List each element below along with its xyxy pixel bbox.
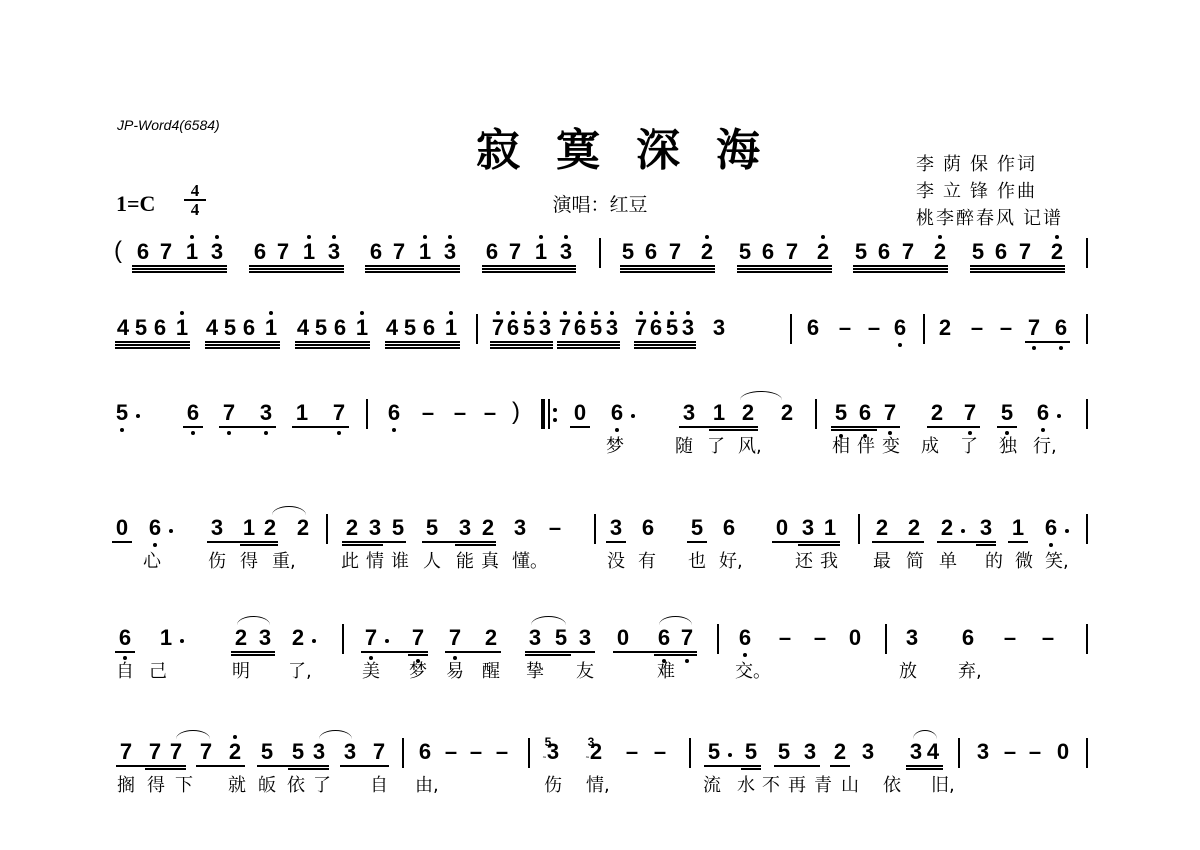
beam-underline <box>1025 341 1070 343</box>
note: 7 <box>506 240 524 264</box>
beam-underline <box>455 541 496 543</box>
low-octave-dot <box>888 431 892 435</box>
parenthesis: ( <box>114 238 122 264</box>
lyric-syllable: 依 <box>286 776 306 796</box>
note: 5 <box>852 240 870 264</box>
low-octave-dot <box>153 543 157 547</box>
low-octave-dot <box>743 653 747 657</box>
note: 2 <box>294 516 312 540</box>
beam-underline <box>115 651 135 653</box>
lyric-syllable: 自 <box>115 662 135 682</box>
note: 6 <box>146 516 164 540</box>
beam-underline <box>970 265 1065 267</box>
note: 6 <box>642 240 660 264</box>
note: 3 <box>607 516 625 540</box>
note: 6 <box>875 240 893 264</box>
note: 5 <box>552 626 570 650</box>
low-octave-dot <box>1032 346 1036 350</box>
barline <box>717 624 719 654</box>
lyric-syllable: 行, <box>1033 437 1053 457</box>
high-octave-dot <box>448 235 452 239</box>
note: 3 <box>511 516 529 540</box>
lyric-syllable: 好, <box>719 552 739 572</box>
note: 0 <box>571 401 589 425</box>
note: 6 <box>184 401 202 425</box>
beam-underline <box>445 651 501 653</box>
note: 3 <box>799 516 817 540</box>
low-octave-dot <box>264 431 268 435</box>
note: 7 <box>783 240 801 264</box>
beam-underline <box>231 651 275 653</box>
lyric-syllable: 能 <box>455 552 475 572</box>
low-octave-dot <box>615 428 619 432</box>
note: 3 <box>679 316 697 340</box>
beam-underline <box>482 271 576 273</box>
beam-underline <box>634 344 696 346</box>
key-signature: 1=C <box>116 191 155 217</box>
note: 5 <box>832 401 850 425</box>
lyric-syllable: 己 <box>148 662 168 682</box>
beam-underline <box>927 426 980 428</box>
dash-sustain: – <box>442 740 460 764</box>
note: 0 <box>846 626 864 650</box>
lyric-syllable: 梦 <box>605 437 625 457</box>
note: 6 <box>116 626 134 650</box>
note: 1 <box>240 516 258 540</box>
beam-underline <box>976 541 996 543</box>
note: 7 <box>678 626 696 650</box>
note: 6 <box>385 401 403 425</box>
lyric-syllable: 的 <box>984 552 1004 572</box>
note: 7 <box>370 740 388 764</box>
lyric-syllable: 旧, <box>931 776 951 796</box>
note: 5 <box>312 316 330 340</box>
note: 3 <box>603 316 621 340</box>
lyric-syllable: 人 <box>422 552 442 572</box>
low-octave-dot <box>1041 428 1045 432</box>
beam-underline <box>132 271 227 273</box>
dash-sustain: – <box>493 740 511 764</box>
beam-underline <box>872 541 924 543</box>
lyric-syllable: 挚 <box>525 662 545 682</box>
note: 6 <box>416 740 434 764</box>
note: 6 <box>608 401 626 425</box>
note: 6 <box>639 516 657 540</box>
lyric-syllable: 简 <box>905 552 925 572</box>
lyric-syllable: 依 <box>882 776 902 796</box>
high-octave-dot <box>269 311 273 315</box>
note: 6 <box>856 401 874 425</box>
augmentation-dot <box>961 529 965 533</box>
beam-underline <box>606 541 626 543</box>
lyric-syllable: 了 <box>959 437 979 457</box>
slur-tie <box>237 616 270 625</box>
beam-underline <box>997 426 1017 428</box>
barline <box>594 514 596 544</box>
lyric-syllable: 没 <box>606 552 626 572</box>
note: 6 <box>759 240 777 264</box>
beam-underline <box>249 268 344 270</box>
slur-tie <box>913 730 937 739</box>
note: 2 <box>226 740 244 764</box>
lyric-syllable: 真 <box>480 552 500 572</box>
dash-sustain: – <box>968 316 986 340</box>
lyric-syllable: 自 <box>369 776 389 796</box>
lyric-syllable: 水 <box>736 776 756 796</box>
note: 6 <box>736 626 754 650</box>
beam-underline <box>741 768 761 770</box>
note: 6 <box>655 626 673 650</box>
beam-underline <box>490 344 553 346</box>
note: 6 <box>240 316 258 340</box>
beam-underline <box>482 268 576 270</box>
lyric-syllable: 由, <box>415 776 435 796</box>
note: 6 <box>804 316 822 340</box>
lyricist-credit: 李 荫 保 作词 <box>916 150 1037 176</box>
lyric-syllable: 明 <box>231 662 251 682</box>
beam-underline <box>385 347 460 349</box>
barline <box>1086 314 1088 344</box>
beam-underline <box>741 765 761 767</box>
note: 2 <box>343 516 361 540</box>
beam-underline <box>408 651 428 653</box>
beam-underline <box>249 265 344 267</box>
note: 4 <box>294 316 312 340</box>
beam-underline <box>798 544 840 546</box>
low-octave-dot <box>191 431 195 435</box>
note: 5 <box>998 401 1016 425</box>
high-octave-dot <box>496 311 500 315</box>
repeat-dot <box>553 418 557 422</box>
note: 7 <box>167 740 185 764</box>
barline <box>885 624 887 654</box>
lyric-syllable: 青 <box>813 776 833 796</box>
lyric-syllable: 我 <box>819 552 839 572</box>
note: 1 <box>157 626 175 650</box>
high-octave-dot <box>938 235 942 239</box>
dash-sustain: – <box>811 626 829 650</box>
note: 3 <box>859 740 877 764</box>
dash-sustain: – <box>776 626 794 650</box>
note: 3 <box>977 516 995 540</box>
high-octave-dot <box>233 735 237 739</box>
note: 1 <box>1009 516 1027 540</box>
note: 1 <box>262 316 280 340</box>
note: 5 <box>688 516 706 540</box>
note: 4 <box>383 316 401 340</box>
barline <box>1086 238 1088 268</box>
note: 2 <box>931 240 949 264</box>
note: 7 <box>330 401 348 425</box>
lyric-syllable: 了 <box>706 437 726 457</box>
lyric-syllable: 也 <box>687 552 707 572</box>
note: 1 <box>710 401 728 425</box>
augmentation-dot <box>180 639 184 643</box>
beam-underline <box>737 271 832 273</box>
note: 7 <box>157 240 175 264</box>
beam-underline <box>709 429 758 431</box>
note: 1 <box>821 516 839 540</box>
note: 2 <box>814 240 832 264</box>
high-octave-dot <box>686 311 690 315</box>
low-octave-dot <box>685 659 689 663</box>
lyric-syllable: 不 <box>761 776 781 796</box>
grace-note: 5 <box>543 736 553 748</box>
lyric-syllable: 风, <box>738 437 758 457</box>
note: 6 <box>992 240 1010 264</box>
slur-tie <box>319 730 352 739</box>
note: 6 <box>251 240 269 264</box>
note: 5 <box>423 516 441 540</box>
augmentation-dot <box>631 414 635 418</box>
lyric-syllable: 难 <box>656 662 676 682</box>
lyric-syllable: 交。 <box>735 662 755 682</box>
beam-underline <box>340 765 389 767</box>
beam-underline <box>906 768 943 770</box>
lyric-syllable: 单 <box>938 552 958 572</box>
lyric-syllable: 谁 <box>390 552 410 572</box>
beam-underline <box>634 347 696 349</box>
beam-underline <box>557 347 620 349</box>
dash-sustain: – <box>865 316 883 340</box>
note: 3 <box>801 740 819 764</box>
high-octave-dot <box>307 235 311 239</box>
lyric-syllable: 伤 <box>543 776 563 796</box>
note: 3 <box>974 740 992 764</box>
note: 5 <box>742 740 760 764</box>
note: 0 <box>1054 740 1072 764</box>
parenthesis: ) <box>512 399 520 425</box>
beam-underline <box>798 541 840 543</box>
beam-underline <box>654 651 697 653</box>
note: 5 <box>969 240 987 264</box>
note: 1 <box>183 240 201 264</box>
grace-slash: ˷ <box>586 749 589 758</box>
note: 4 <box>114 316 132 340</box>
lyric-syllable: 醒 <box>481 662 501 682</box>
score-page: JP-Word4(6584) 寂寞深海 演唱：红豆 李 荫 保 作词 李 立 锋… <box>0 0 1200 850</box>
beam-underline <box>831 429 877 431</box>
note: 6 <box>1052 316 1070 340</box>
beam-underline <box>205 347 280 349</box>
note: 2 <box>739 401 757 425</box>
lyric-syllable: 独 <box>998 437 1018 457</box>
barline <box>528 738 530 768</box>
note: 6 <box>1042 516 1060 540</box>
note: 3 <box>907 740 925 764</box>
lyric-syllable: 弃, <box>958 662 978 682</box>
beam-underline <box>853 268 948 270</box>
note: 7 <box>197 740 215 764</box>
dash-sustain: – <box>419 401 437 425</box>
low-octave-dot <box>227 431 231 435</box>
note: 1 <box>293 401 311 425</box>
slur-tie <box>272 506 306 515</box>
note: 7 <box>146 740 164 764</box>
note: 1 <box>532 240 550 264</box>
high-octave-dot <box>578 311 582 315</box>
low-octave-dot <box>337 431 341 435</box>
beam-underline <box>525 654 571 656</box>
beam-underline <box>557 344 620 346</box>
high-octave-dot <box>190 235 194 239</box>
lyric-syllable: 相 <box>831 437 851 457</box>
beam-underline <box>295 347 370 349</box>
barline <box>1086 514 1088 544</box>
note: 6 <box>1034 401 1052 425</box>
lyric-syllable: 得 <box>146 776 166 796</box>
note: 6 <box>367 240 385 264</box>
beam-underline <box>709 426 758 428</box>
note: 2 <box>936 316 954 340</box>
note: 5 <box>775 740 793 764</box>
note: 2 <box>1048 240 1066 264</box>
note: 6 <box>331 316 349 340</box>
grace-slash: ˷ <box>543 749 546 758</box>
barline <box>599 238 601 268</box>
note: 2 <box>873 516 891 540</box>
lyric-syllable: 微 <box>1014 552 1034 572</box>
lyric-syllable: 此 <box>340 552 360 572</box>
high-octave-dot <box>1055 235 1059 239</box>
lyric-syllable: 成 <box>920 437 940 457</box>
note: 3 <box>256 626 274 650</box>
low-octave-dot <box>392 428 396 432</box>
high-octave-dot <box>423 235 427 239</box>
lyric-syllable: 随 <box>674 437 694 457</box>
high-octave-dot <box>360 311 364 315</box>
note: 7 <box>961 401 979 425</box>
beam-underline <box>145 765 186 767</box>
composer-credit: 李 立 锋 作曲 <box>916 177 1037 203</box>
note: 2 <box>938 516 956 540</box>
lyric-syllable: 皈 <box>257 776 277 796</box>
note: 7 <box>1016 240 1034 264</box>
beam-underline <box>132 265 227 267</box>
beam-underline <box>240 541 278 543</box>
note: 7 <box>446 626 464 650</box>
note: 3 <box>710 316 728 340</box>
repeat-start-thick-bar <box>541 399 545 429</box>
note: 7 <box>1025 316 1043 340</box>
note: 5 <box>258 740 276 764</box>
beam-underline <box>774 765 820 767</box>
note: 4 <box>924 740 942 764</box>
dash-sustain: – <box>623 740 641 764</box>
beam-underline <box>292 426 349 428</box>
note: 2 <box>698 240 716 264</box>
note: 0 <box>773 516 791 540</box>
repeat-dot <box>553 408 557 412</box>
beam-underline <box>906 765 943 767</box>
note: 5 <box>221 316 239 340</box>
low-octave-dot <box>1049 543 1053 547</box>
note: 6 <box>720 516 738 540</box>
low-octave-dot <box>1059 346 1063 350</box>
low-octave-dot <box>898 343 902 347</box>
lyric-syllable: 了 <box>312 776 332 796</box>
high-octave-dot <box>215 235 219 239</box>
beam-underline <box>620 271 715 273</box>
lyric-syllable: 再 <box>787 776 807 796</box>
note: 6 <box>420 316 438 340</box>
note: 0 <box>614 626 632 650</box>
beam-underline <box>205 344 280 346</box>
note: 3 <box>366 516 384 540</box>
barline <box>326 514 328 544</box>
note: 2 <box>778 401 796 425</box>
high-octave-dot <box>594 311 598 315</box>
beam-underline <box>385 344 460 346</box>
barline <box>790 314 792 344</box>
note: 2 <box>289 626 307 650</box>
augmentation-dot <box>312 639 316 643</box>
barline <box>1086 738 1088 768</box>
lyric-syllable: 下 <box>174 776 194 796</box>
barline <box>476 314 478 344</box>
beam-underline <box>249 271 344 273</box>
beam-underline <box>1008 541 1028 543</box>
beam-underline <box>112 541 132 543</box>
low-octave-dot <box>453 656 457 660</box>
lyric-syllable: 情, <box>586 776 606 796</box>
high-octave-dot <box>610 311 614 315</box>
slur-tie <box>740 391 782 400</box>
note: 5 <box>619 240 637 264</box>
grace-note: 3 <box>586 736 596 748</box>
dash-sustain: – <box>651 740 669 764</box>
lyric-syllable: 就 <box>227 776 247 796</box>
beam-underline <box>115 341 190 343</box>
dash-sustain: – <box>1001 626 1019 650</box>
lyric-syllable: 最 <box>872 552 892 572</box>
note: 5 <box>401 316 419 340</box>
high-octave-dot <box>332 235 336 239</box>
note: 6 <box>891 316 909 340</box>
lyric-syllable: 笑, <box>1045 552 1065 572</box>
slur-tie <box>659 616 692 625</box>
barline <box>689 738 691 768</box>
note: 7 <box>881 401 899 425</box>
dash-sustain: – <box>451 401 469 425</box>
beam-underline <box>205 341 280 343</box>
note: 7 <box>362 626 380 650</box>
lyric-syllable: 搁 <box>116 776 136 796</box>
beam-underline <box>654 654 697 656</box>
note: 6 <box>134 240 152 264</box>
barline <box>366 399 368 429</box>
beam-underline <box>620 265 715 267</box>
time-signature: 4 4 <box>184 183 206 217</box>
beam-underline <box>408 654 428 656</box>
high-octave-dot <box>539 235 543 239</box>
beam-underline <box>231 654 275 656</box>
note: 1 <box>442 316 460 340</box>
beam-underline <box>240 544 278 546</box>
lyric-syllable: 梦 <box>408 662 428 682</box>
note: 3 <box>526 626 544 650</box>
note: 3 <box>325 240 343 264</box>
dash-sustain: – <box>481 401 499 425</box>
note: 3 <box>310 740 328 764</box>
lyric-syllable: 情 <box>365 552 385 572</box>
beam-underline <box>853 265 948 267</box>
note: 6 <box>483 240 501 264</box>
low-octave-dot <box>1005 431 1009 435</box>
note: 2 <box>261 516 279 540</box>
lyric-syllable: 友 <box>575 662 595 682</box>
beam-underline <box>455 544 496 546</box>
